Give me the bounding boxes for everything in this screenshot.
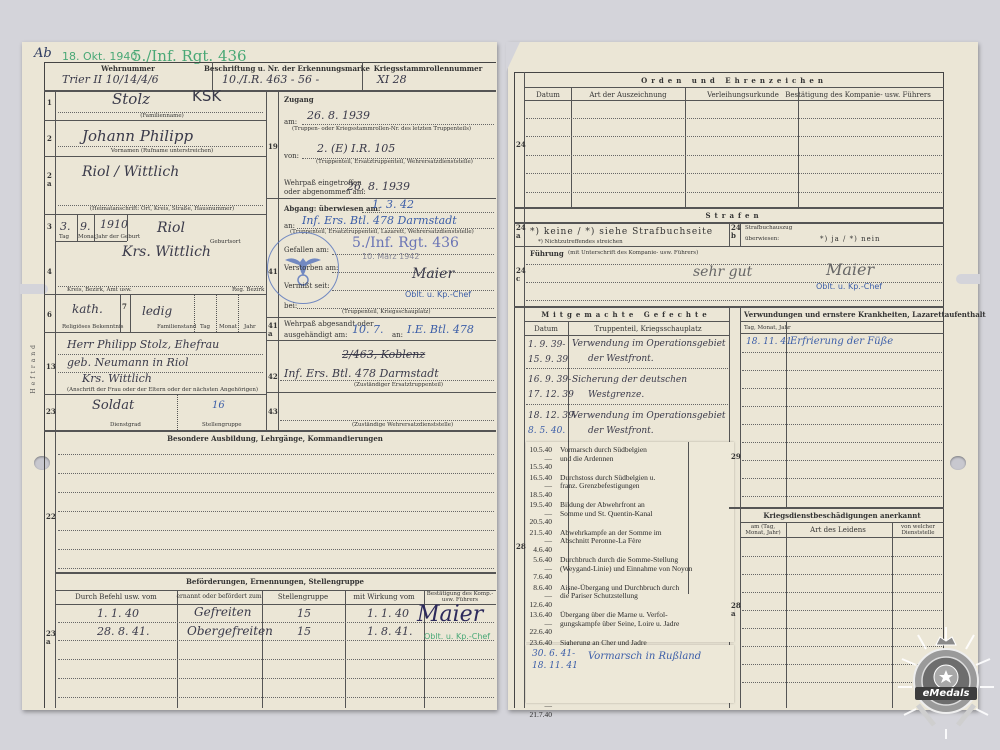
conduct-sublabel: (mit Unterschrift des Kompanie- usw. Füh… <box>568 250 698 256</box>
field-number: 23 <box>46 407 56 416</box>
battle-date-end: 8. 5. 40. <box>528 426 565 436</box>
month-label: Monat <box>219 324 237 330</box>
promo-effective-date: 1. 1. 40 <box>367 607 409 620</box>
war-damage-col-date: am (Tag, Monat, Jahr) <box>743 524 783 536</box>
emedals-brand-text: eMedals <box>915 687 977 700</box>
erkennungsmarke-value: 10./I.R. 463 - 56 - <box>222 73 319 86</box>
wehrpass-sent-to: I.E. Btl. 478 <box>407 323 474 336</box>
field-number: 4 <box>47 267 52 276</box>
officer-signature: Maier <box>412 266 454 282</box>
field-number: 28 <box>516 542 526 551</box>
battle-text: Sicherung der deutschen <box>572 375 687 385</box>
unit-theater-sublabel: (Truppenteil, Kriegsschauplatz) <box>342 309 430 315</box>
wehrnummer-value: Trier II 10/14/4/6 <box>62 73 159 86</box>
field-number: 42 <box>268 372 278 381</box>
initials-mark: Ab <box>34 46 52 61</box>
wehrpass-handed-label: ausgehändigt am: <box>284 331 348 339</box>
conduct-signer-stamp: Oblt. u. Kp.-Chef <box>816 282 882 291</box>
battle-text-2: der Westfront. <box>588 426 654 436</box>
promo-signature: Maier <box>417 602 483 627</box>
field-number: 24 c <box>516 267 526 283</box>
promotions-title: Beförderungen, Ernennungen, Stellengrupp… <box>186 577 364 586</box>
battle-row: 8.6.40—12.6.40Aisne-Übergang und Durchbr… <box>526 584 726 610</box>
promo-group: 15 <box>297 625 311 638</box>
emedals-watermark: eMedals <box>898 625 994 743</box>
wound-date: 18. 11. 41 <box>746 337 792 347</box>
marital-status-label: Familienstand <box>157 324 196 330</box>
day-label: Tag <box>59 234 69 240</box>
day-label: Tag <box>200 324 210 330</box>
replacement-unit-struck: 2/463, Koblenz <box>342 348 425 361</box>
promo-order-date: 28. 8. 41. <box>97 625 149 638</box>
awards-col-type: Art der Auszeichnung <box>589 91 666 99</box>
reg-district-label: Reg. Bezirk <box>232 287 264 293</box>
promo-group: 15 <box>297 607 311 620</box>
russia-campaign-slip: 30. 6. 41- 18. 11. 41 Vormarsch in Rußla… <box>526 645 734 703</box>
next-of-kin-line3: Krs. Wittlich <box>82 372 152 385</box>
officer-title-stamp: Oblt. u. Kp.-Chef <box>405 290 471 299</box>
surname-label: (Familienname) <box>140 113 184 119</box>
birth-day: 3. <box>60 220 71 233</box>
penalty-extract-options: *) ja / *) nein <box>820 235 880 243</box>
year-label: Jahr der Geburt <box>96 234 140 240</box>
battle-date-end: 15. 9. 39 <box>528 355 568 365</box>
recruiting-office-sublabel: (Zuständige Wehrersatzdienststelle) <box>352 422 453 428</box>
training-title: Besondere Ausbildung, Lehrgänge, Kommand… <box>167 434 383 443</box>
wehrpass-received-date: 26. 8. 1939 <box>347 180 410 193</box>
conduct-signature: Maier <box>826 260 874 279</box>
battle-date-start: 30. 6. 41- <box>532 649 575 659</box>
rank-label: Dienstgrad <box>110 422 141 428</box>
battle-text: Verwendung im Operationsgebiet <box>572 411 726 421</box>
birth-month: 9. <box>80 220 91 233</box>
field-number: 28 a <box>731 602 741 618</box>
wehrpass-left-page: Ab 18. Okt. 1940 5./Inf. Rgt. 436 Wehrnu… <box>22 42 497 710</box>
field-number: 43 <box>268 407 278 416</box>
month-label: Monat <box>78 234 96 240</box>
promo-col-group: Stellengruppe <box>278 593 328 601</box>
rank-value: Soldat <box>92 398 134 413</box>
wound-description: Erfrierung der Füße <box>790 336 893 347</box>
abgang-date-value: 1. 3. 42 <box>372 198 414 211</box>
battle-date-start: 18. 12. 39- <box>528 411 577 421</box>
pay-group-label: Stellengruppe <box>202 422 242 428</box>
battles-col-date: Datum <box>534 325 558 333</box>
zugang-date-value: 26. 8. 1939 <box>307 109 370 122</box>
penalty-options: *) keine / *) siehe Strafbuchseite <box>530 227 713 237</box>
promo-rank: Obergefreiten <box>187 624 273 638</box>
religion-value: kath. <box>72 302 103 316</box>
battles-title: Mitgemachte Gefechte <box>541 310 710 319</box>
field-number: 22 <box>46 512 56 521</box>
home-address-label: (Heimatanschrift: Ort, Kreis, Straße, Ha… <box>90 206 234 212</box>
penalty-note: *) Nichtzutreffendes streichen <box>538 239 623 245</box>
battle-date-start: 1. 9. 39- <box>528 340 565 350</box>
field-number: 7 <box>122 302 127 311</box>
next-of-kin-line1: Herr Philipp Stolz, Ehefrau <box>67 338 219 351</box>
battle-text: Vormarsch in Rußland <box>588 651 701 662</box>
battle-text-2: Westgrenze. <box>588 390 644 400</box>
religion-label: Religiöses Bekenntnis <box>62 324 123 330</box>
wounds-col-date: Tag, Monat, Jahr <box>744 325 791 331</box>
year-label: Jahr <box>244 324 256 330</box>
kriegsstammrolle-value: XI 28 <box>377 73 407 86</box>
conduct-value: sehr gut <box>693 264 752 280</box>
birthplace-label: Geburtsort <box>210 239 241 245</box>
promo-col-rank: ernannt oder befördert zum <box>176 593 261 600</box>
zugang-von-sublabel: (Truppenteil, Ersatztruppenteil, Wehrers… <box>316 159 473 165</box>
penalty-extract-label-2: überwiesen: <box>745 236 779 242</box>
war-damage-col-type: Art des Leidens <box>810 526 866 534</box>
gefallen-label: Gefallen am: <box>284 246 329 254</box>
zugang-from-unit-value: 2. (E) I.R. 105 <box>317 142 395 155</box>
erkennungsmarke-label: Beschriftung u. Nr. der Erkennungsmarke <box>204 64 370 73</box>
next-of-kin-label: (Anschrift der Frau oder der Eltern oder… <box>67 387 258 393</box>
field-number: 24 a <box>516 224 526 240</box>
birth-year: 1910 <box>100 218 128 231</box>
field-number: 3 <box>47 222 52 231</box>
penalty-extract-label: Strafbuchauszug <box>745 225 792 231</box>
wehrpass-right-page: Orden und Ehrenzeichen Datum Art der Aus… <box>508 42 978 710</box>
battle-date-end: 17. 12. 39 <box>528 390 574 400</box>
zugang-am-label: am: <box>284 118 297 126</box>
vermisst-label: Vermißt seit: <box>284 282 330 290</box>
birthplace-value: Riol <box>157 220 185 236</box>
given-names-label: Vornamen (Rufname unterstreichen) <box>111 148 213 154</box>
field-number: 24 b <box>731 224 741 240</box>
field-number: 23 a <box>46 630 56 646</box>
verstorben-label: Verstorben am: <box>284 264 338 272</box>
wehrpass-an-label: an: <box>392 331 403 339</box>
zugang-title: Zugang <box>284 95 314 104</box>
field-number: 2 <box>47 134 52 143</box>
zugang-am-sublabel: (Truppen- oder Kriegsstammrollen-Nr. des… <box>292 126 471 132</box>
wounds-title: Verwundungen und ernstere Krankheiten, L… <box>744 310 986 319</box>
district-value: Krs. Wittlich <box>122 244 211 260</box>
awards-title: Orden und Ehrenzeichen <box>641 76 827 85</box>
given-names-value: Johann Philipp <box>82 127 193 145</box>
awards-col-certificate: Verleihungsurkunde <box>707 91 779 99</box>
replacement-unit-value: Inf. Ers. Btl. 478 Darmstadt <box>284 367 439 380</box>
field-number: 2 a <box>47 172 52 188</box>
battles-col-unit: Truppenteil, Kriegsschauplatz <box>594 325 701 333</box>
binding-margin-label: Heftrand <box>30 342 37 394</box>
battle-date-start: 16. 9. 39- <box>528 375 571 385</box>
war-damage-title: Kriegsdienstbeschädigungen anerkannt <box>763 511 920 520</box>
kriegsstammrolle-label: Kriegsstammrollennummer <box>374 64 483 73</box>
battle-text: Verwendung im Operationsgebiet <box>572 339 726 349</box>
marital-status-value: ledig <box>142 304 172 318</box>
promo-col-effective: mit Wirkung vom <box>353 593 414 601</box>
abgang-to-unit-value: Inf. Ers. Btl. 478 Darmstadt <box>302 214 457 227</box>
field-number: 29 <box>731 452 741 461</box>
battle-row: 19.5.40—20.5.40Bildung der Abwehrfront a… <box>526 501 726 527</box>
promo-order-date: 1. 1. 40 <box>97 607 139 620</box>
field-number: 24 <box>516 140 526 149</box>
punch-hole <box>950 456 966 470</box>
field-number: 19 <box>268 142 278 151</box>
printed-battles-slip: 10.5.40—15.5.40Vormarsch durch Südbelgie… <box>526 442 734 642</box>
field-number: 41 a <box>268 322 278 338</box>
battle-row: 13.6.40—22.6.40Übergang über die Marne u… <box>526 611 726 637</box>
medal-badge-icon <box>898 625 994 743</box>
war-damage-col-office: von welcher Dienststelle <box>896 524 940 536</box>
zugang-von-label: von: <box>284 152 299 160</box>
awards-col-confirmation: Bestätigung des Kompanie- usw. Führers <box>785 91 931 99</box>
home-address-value: Riol / Wittlich <box>82 164 179 180</box>
replacement-unit-sublabel: (Zuständiger Ersatztruppenteil) <box>354 382 443 388</box>
battle-row: 5.6.40—7.6.40Durchbruch durch die Somme-… <box>526 556 726 582</box>
battle-row: 10.5.40—15.5.40Vormarsch durch Südbelgie… <box>526 446 726 472</box>
battle-row: 16.5.40—18.5.40Durchstoss durch Südbelgi… <box>526 474 726 500</box>
field-number: 13 <box>46 362 56 371</box>
battle-date-end: 18. 11. 41 <box>532 661 578 671</box>
conduct-label: Führung <box>530 249 564 258</box>
next-of-kin-line2: geb. Neumann in Riol <box>67 356 189 369</box>
pay-group-value: 16 <box>212 400 225 411</box>
unit-stamp-blue: 5./Inf. Rgt. 436 <box>352 235 459 251</box>
wehrpass-sent-date: 10. 7. <box>352 323 384 336</box>
wehrnummer-label: Wehrnummer <box>101 64 155 73</box>
field-number: 6 <box>47 310 52 319</box>
field-number: 1 <box>47 98 52 107</box>
surname-annotation: KSK <box>192 87 221 105</box>
page-tear <box>956 274 980 284</box>
awards-col-date: Datum <box>536 91 560 99</box>
promo-col-order: Durch Befehl usw. vom <box>75 593 157 601</box>
page-corner-tear <box>506 42 520 72</box>
district-label: Kreis, Bezirk, Amt usw. <box>67 287 132 293</box>
battle-row: 21.5.40—4.6.40Abwehrkampfe an der Somme … <box>526 529 726 555</box>
surname-value: Stolz <box>112 90 150 108</box>
battle-text-2: der Westfront. <box>588 354 654 364</box>
penalties-title: Strafen <box>705 211 762 220</box>
promo-rank: Gefreiten <box>194 605 251 619</box>
bei-label: bei: <box>284 302 297 310</box>
promo-effective-date: 1. 8. 41. <box>367 625 412 638</box>
